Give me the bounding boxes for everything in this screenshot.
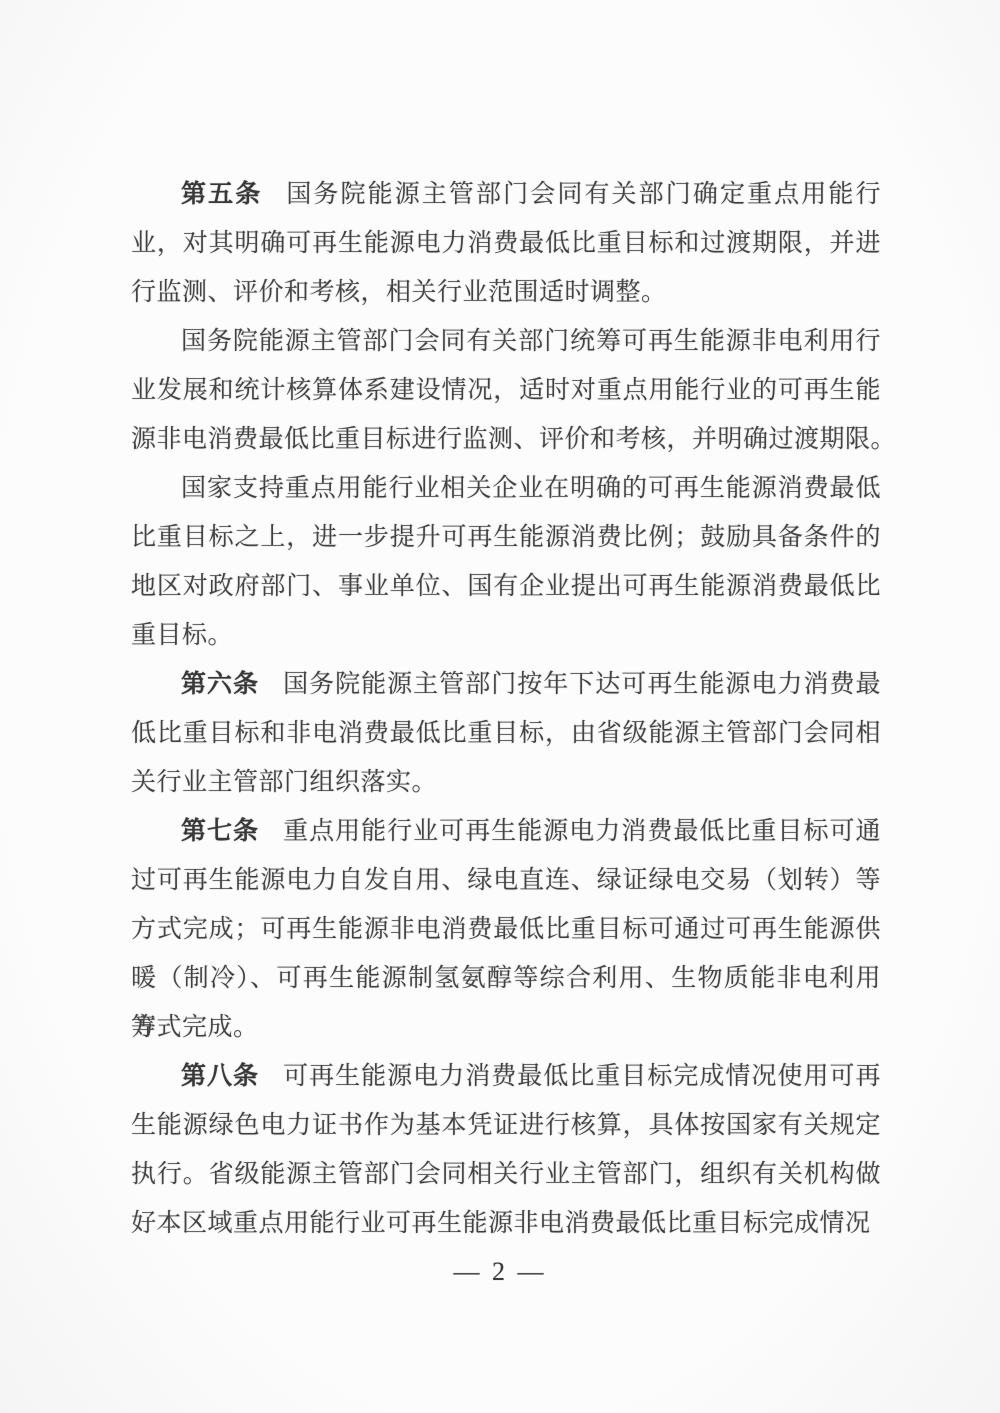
line-text: 执行。省级能源主管部门会同相关行业主管部门，组织有关机构做 (131, 1161, 881, 1188)
line-text: 方式完成；可再生能源非电消费最低比重目标可通过可再生能源供 (131, 916, 881, 943)
line-text: 国务院能源主管部门会同有关部门确定重点用能行 (286, 181, 881, 208)
text-line: 重目标。 (131, 611, 881, 660)
page-number-label: — 2 — (454, 1257, 547, 1286)
article-number: 第八条 (181, 1063, 259, 1090)
text-line: 执行。省级能源主管部门会同相关行业主管部门，组织有关机构做 (131, 1150, 881, 1199)
line-text: 重目标。 (131, 622, 233, 649)
text-line: 源非电消费最低比重目标进行监测、评价和考核，并明确过渡期限。 (131, 415, 881, 464)
line-text: 业发展和统计核算体系建设情况，适时对重点用能行业的可再生能 (131, 377, 881, 404)
text-line: 过可再生能源电力自发自用、绿电直连、绿证绿电交易（划转）等 (131, 856, 881, 905)
text-line: 暖（制冷）、可再生能源制氢氨醇等综合利用、生物质能非电利用等 (131, 954, 881, 1003)
text-line: 业，对其明确可再生能源电力消费最低比重目标和过渡期限，并进 (131, 219, 881, 268)
text-line: 第八条可再生能源电力消费最低比重目标完成情况使用可再 (131, 1052, 881, 1101)
document-page: 第五条国务院能源主管部门会同有关部门确定重点用能行业，对其明确可再生能源电力消费… (0, 0, 1000, 1413)
line-text: 关行业主管部门组织落实。 (131, 769, 437, 796)
text-line: 比重目标之上，进一步提升可再生能源消费比例；鼓励具备条件的 (131, 513, 881, 562)
line-text: 可再生能源电力消费最低比重目标完成情况使用可再 (283, 1063, 881, 1090)
line-text: 国务院能源主管部门按年下达可再生能源电力消费最 (283, 671, 881, 698)
text-line: 行监测、评价和考核，相关行业范围适时调整。 (131, 268, 881, 317)
text-line: 地区对政府部门、事业单位、国有企业提出可再生能源消费最低比 (131, 562, 881, 611)
text-line: 生能源绿色电力证书作为基本凭证进行核算，具体按国家有关规定 (131, 1101, 881, 1150)
article-number: 第五条 (181, 181, 262, 208)
line-text: 过可再生能源电力自发自用、绿电直连、绿证绿电交易（划转）等 (131, 867, 881, 894)
document-body: 第五条国务院能源主管部门会同有关部门确定重点用能行业，对其明确可再生能源电力消费… (131, 170, 881, 1248)
text-line: 第六条国务院能源主管部门按年下达可再生能源电力消费最 (131, 660, 881, 709)
text-line: 好本区域重点用能行业可再生能源非电消费最低比重目标完成情况 (131, 1199, 881, 1248)
line-text: 源非电消费最低比重目标进行监测、评价和考核，并明确过渡期限。 (131, 426, 896, 453)
article-number: 第七条 (181, 818, 259, 845)
text-line: 业发展和统计核算体系建设情况，适时对重点用能行业的可再生能 (131, 366, 881, 415)
text-line: 关行业主管部门组织落实。 (131, 758, 881, 807)
text-line: 国家支持重点用能行业相关企业在明确的可再生能源消费最低 (131, 464, 881, 513)
line-text: 方式完成。 (131, 1014, 259, 1041)
text-line: 方式完成；可再生能源非电消费最低比重目标可通过可再生能源供 (131, 905, 881, 954)
line-text: 生能源绿色电力证书作为基本凭证进行核算，具体按国家有关规定 (131, 1112, 881, 1139)
line-text: 国家支持重点用能行业相关企业在明确的可再生能源消费最低 (181, 475, 881, 502)
line-text: 国务院能源主管部门会同有关部门统筹可再生能源非电利用行 (181, 328, 881, 355)
text-line: 第七条重点用能行业可再生能源电力消费最低比重目标可通 (131, 807, 881, 856)
text-line: 国务院能源主管部门会同有关部门统筹可再生能源非电利用行 (131, 317, 881, 366)
page-number: — 2 — (0, 1252, 1000, 1292)
line-text: 重点用能行业可再生能源电力消费最低比重目标可通 (283, 818, 881, 845)
line-text: 低比重目标和非电消费最低比重目标，由省级能源主管部门会同相 (131, 720, 881, 747)
line-text: 好本区域重点用能行业可再生能源非电消费最低比重目标完成情况 (131, 1210, 871, 1237)
line-text: 地区对政府部门、事业单位、国有企业提出可再生能源消费最低比 (131, 573, 881, 600)
article-number: 第六条 (181, 671, 259, 698)
text-line: 第五条国务院能源主管部门会同有关部门确定重点用能行 (131, 170, 881, 219)
line-text: 行监测、评价和考核，相关行业范围适时调整。 (131, 279, 667, 306)
text-line: 方式完成。 (131, 1003, 881, 1052)
text-line: 低比重目标和非电消费最低比重目标，由省级能源主管部门会同相 (131, 709, 881, 758)
line-text: 业，对其明确可再生能源电力消费最低比重目标和过渡期限，并进 (131, 230, 881, 257)
line-text: 比重目标之上，进一步提升可再生能源消费比例；鼓励具备条件的 (131, 524, 881, 551)
